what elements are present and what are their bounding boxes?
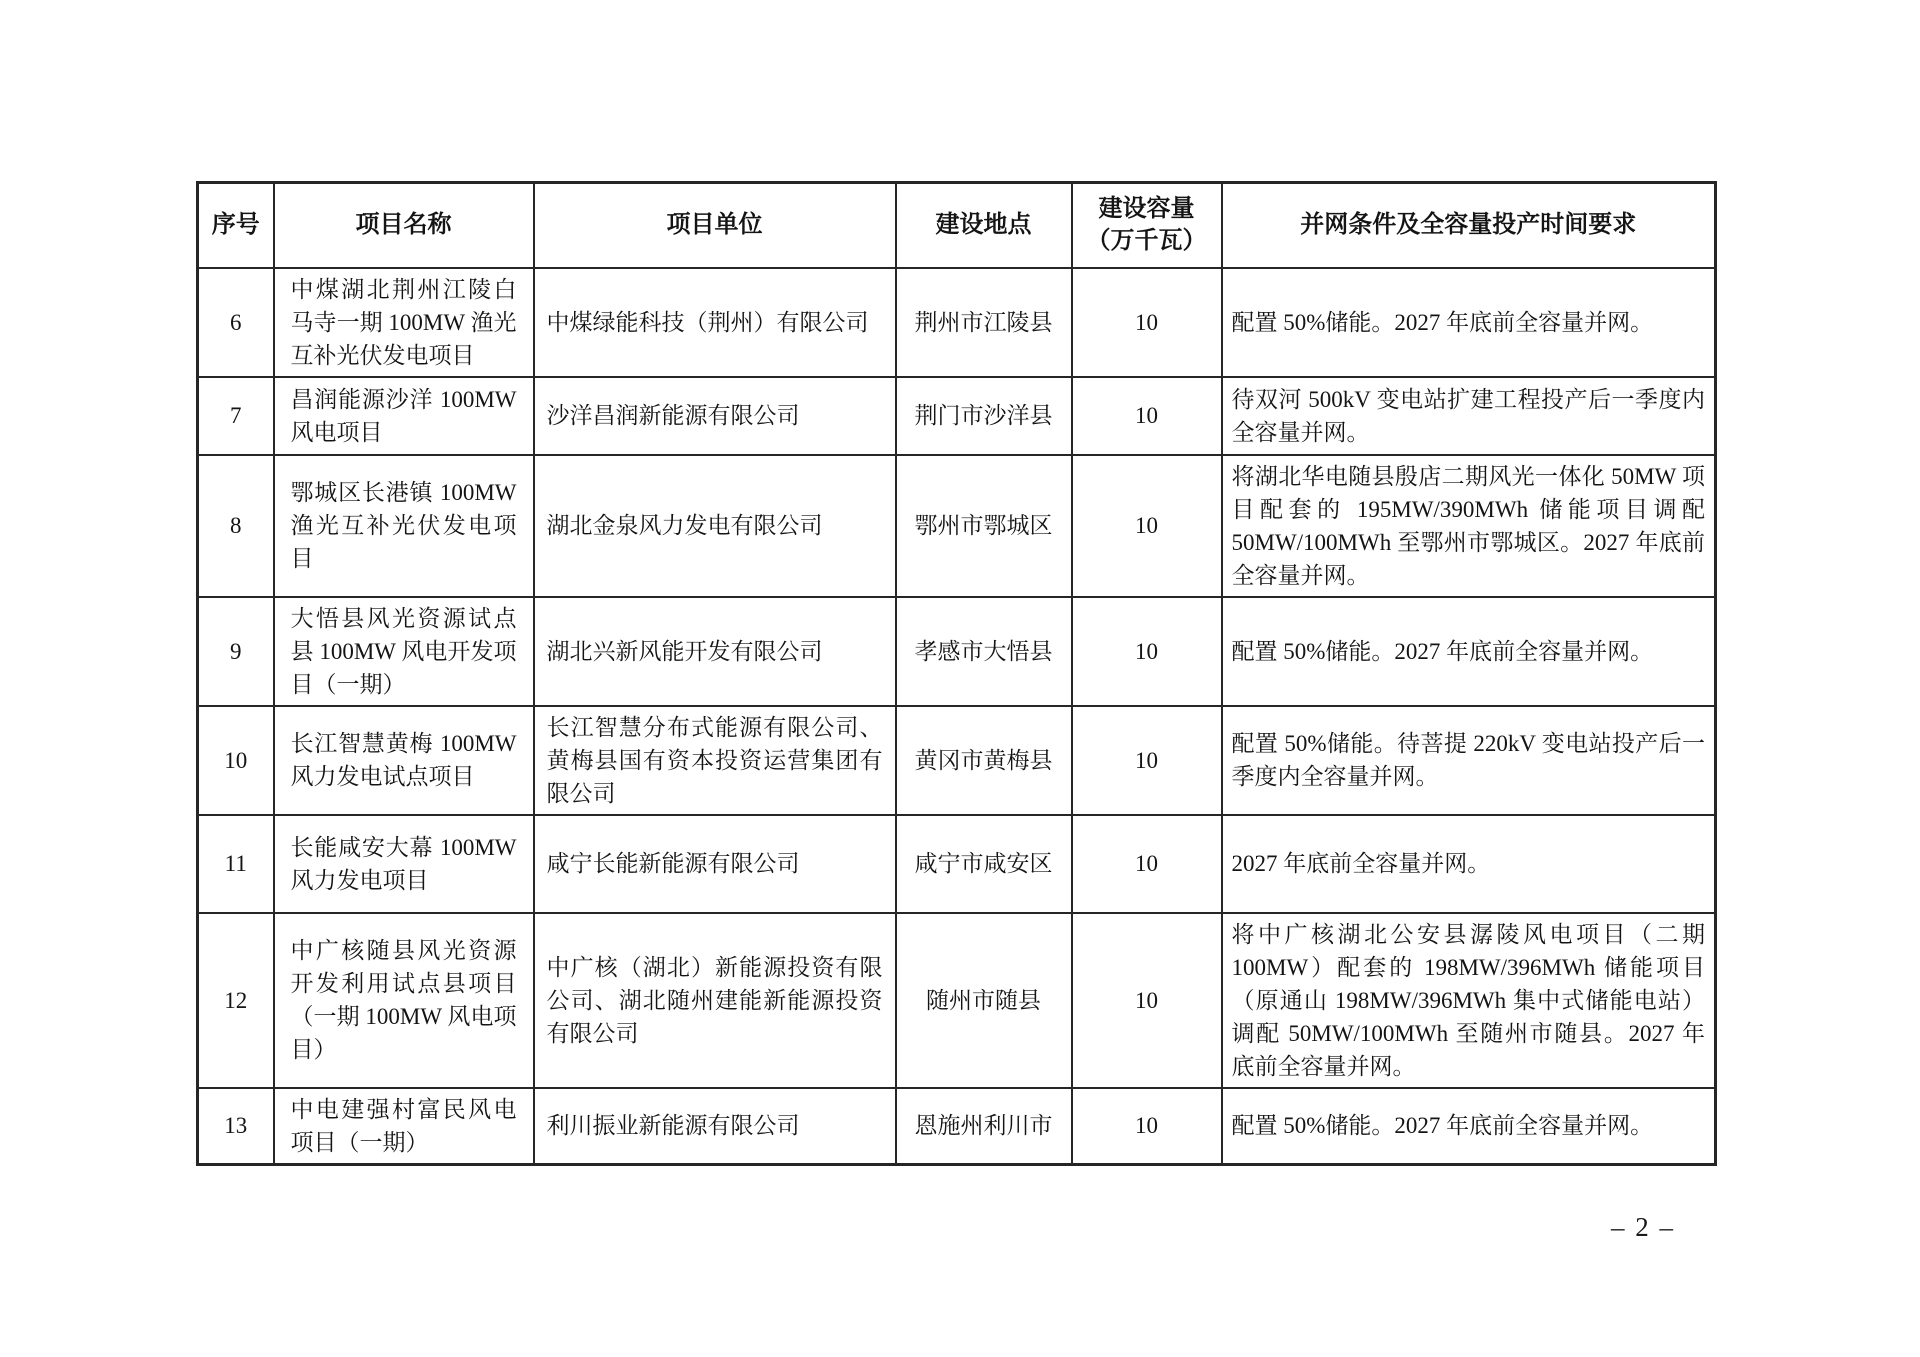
table-row: 6 中煤湖北荆州江陵白马寺一期 100MW 渔光互补光伏发电项目 中煤绿能科技（…	[198, 268, 1716, 377]
table-row: 9 大悟县风光资源试点县 100MW 风电开发项目（一期） 湖北兴新风能开发有限…	[198, 597, 1716, 706]
cell-index: 13	[198, 1088, 274, 1165]
table-row: 11 长能咸安大幕 100MW 风力发电项目 咸宁长能新能源有限公司 咸宁市咸安…	[198, 815, 1716, 913]
cell-project-unit: 中煤绿能科技（荆州）有限公司	[534, 268, 896, 377]
cell-location: 荆门市沙洋县	[896, 377, 1072, 455]
cell-capacity: 10	[1072, 706, 1222, 815]
cell-project-unit: 中广核（湖北）新能源投资有限公司、湖北随州建能新能源投资有限公司	[534, 913, 896, 1088]
cell-index: 6	[198, 268, 274, 377]
page-number: – 2 –	[1578, 1212, 1708, 1243]
cell-location: 随州市随县	[896, 913, 1072, 1088]
cell-project-name: 长能咸安大幕 100MW 风力发电项目	[274, 815, 534, 913]
cell-project-unit: 湖北金泉风力发电有限公司	[534, 455, 896, 597]
cell-condition: 2027 年底前全容量并网。	[1222, 815, 1716, 913]
cell-condition: 将湖北华电随县殷店二期风光一体化 50MW 项目配套的 195MW/390MWh…	[1222, 455, 1716, 597]
cell-location: 黄冈市黄梅县	[896, 706, 1072, 815]
cell-location: 鄂州市鄂城区	[896, 455, 1072, 597]
col-header-capacity: 建设容量 （万千瓦）	[1072, 183, 1222, 268]
table-row: 8 鄂城区长港镇 100MW 渔光互补光伏发电项目 湖北金泉风力发电有限公司 鄂…	[198, 455, 1716, 597]
cell-index: 11	[198, 815, 274, 913]
table-row: 12 中广核随县风光资源开发利用试点县项目（一期 100MW 风电项目） 中广核…	[198, 913, 1716, 1088]
cell-project-name: 大悟县风光资源试点县 100MW 风电开发项目（一期）	[274, 597, 534, 706]
table-row: 13 中电建强村富民风电项目（一期） 利川振业新能源有限公司 恩施州利川市 10…	[198, 1088, 1716, 1165]
cell-location: 孝感市大悟县	[896, 597, 1072, 706]
cell-location: 荆州市江陵县	[896, 268, 1072, 377]
cell-project-unit: 咸宁长能新能源有限公司	[534, 815, 896, 913]
col-header-condition: 并网条件及全容量投产时间要求	[1222, 183, 1716, 268]
cell-condition: 配置 50%储能。待菩提 220kV 变电站投产后一季度内全容量并网。	[1222, 706, 1716, 815]
cell-index: 10	[198, 706, 274, 815]
cell-project-unit: 沙洋昌润新能源有限公司	[534, 377, 896, 455]
cell-project-unit: 利川振业新能源有限公司	[534, 1088, 896, 1165]
cell-capacity: 10	[1072, 913, 1222, 1088]
cell-capacity: 10	[1072, 455, 1222, 597]
col-header-project-name: 项目名称	[274, 183, 534, 268]
projects-table: 序号 项目名称 项目单位 建设地点 建设容量 （万千瓦） 并网条件及全容量投产时…	[196, 181, 1717, 1166]
document-page: 序号 项目名称 项目单位 建设地点 建设容量 （万千瓦） 并网条件及全容量投产时…	[0, 0, 1920, 1357]
cell-capacity: 10	[1072, 268, 1222, 377]
cell-location: 恩施州利川市	[896, 1088, 1072, 1165]
cell-condition: 配置 50%储能。2027 年底前全容量并网。	[1222, 268, 1716, 377]
cell-project-unit: 长江智慧分布式能源有限公司、黄梅县国有资本投资运营集团有限公司	[534, 706, 896, 815]
table-row: 7 昌润能源沙洋 100MW 风电项目 沙洋昌润新能源有限公司 荆门市沙洋县 1…	[198, 377, 1716, 455]
cell-project-name: 中广核随县风光资源开发利用试点县项目（一期 100MW 风电项目）	[274, 913, 534, 1088]
cell-condition: 待双河 500kV 变电站扩建工程投产后一季度内全容量并网。	[1222, 377, 1716, 455]
cell-index: 9	[198, 597, 274, 706]
cell-project-name: 昌润能源沙洋 100MW 风电项目	[274, 377, 534, 455]
cell-project-name: 中煤湖北荆州江陵白马寺一期 100MW 渔光互补光伏发电项目	[274, 268, 534, 377]
table-row: 10 长江智慧黄梅 100MW 风力发电试点项目 长江智慧分布式能源有限公司、黄…	[198, 706, 1716, 815]
col-header-project-unit: 项目单位	[534, 183, 896, 268]
cell-project-name: 长江智慧黄梅 100MW 风力发电试点项目	[274, 706, 534, 815]
cell-capacity: 10	[1072, 1088, 1222, 1165]
cell-project-unit: 湖北兴新风能开发有限公司	[534, 597, 896, 706]
cell-index: 7	[198, 377, 274, 455]
cell-project-name: 中电建强村富民风电项目（一期）	[274, 1088, 534, 1165]
col-header-location: 建设地点	[896, 183, 1072, 268]
table-header-row: 序号 项目名称 项目单位 建设地点 建设容量 （万千瓦） 并网条件及全容量投产时…	[198, 183, 1716, 268]
cell-capacity: 10	[1072, 815, 1222, 913]
cell-condition: 配置 50%储能。2027 年底前全容量并网。	[1222, 597, 1716, 706]
cell-condition: 配置 50%储能。2027 年底前全容量并网。	[1222, 1088, 1716, 1165]
cell-condition: 将中广核湖北公安县潺陵风电项目（二期 100MW）配套的 198MW/396MW…	[1222, 913, 1716, 1088]
cell-location: 咸宁市咸安区	[896, 815, 1072, 913]
cell-capacity: 10	[1072, 597, 1222, 706]
cell-index: 8	[198, 455, 274, 597]
cell-index: 12	[198, 913, 274, 1088]
cell-capacity: 10	[1072, 377, 1222, 455]
col-header-index: 序号	[198, 183, 274, 268]
cell-project-name: 鄂城区长港镇 100MW 渔光互补光伏发电项目	[274, 455, 534, 597]
